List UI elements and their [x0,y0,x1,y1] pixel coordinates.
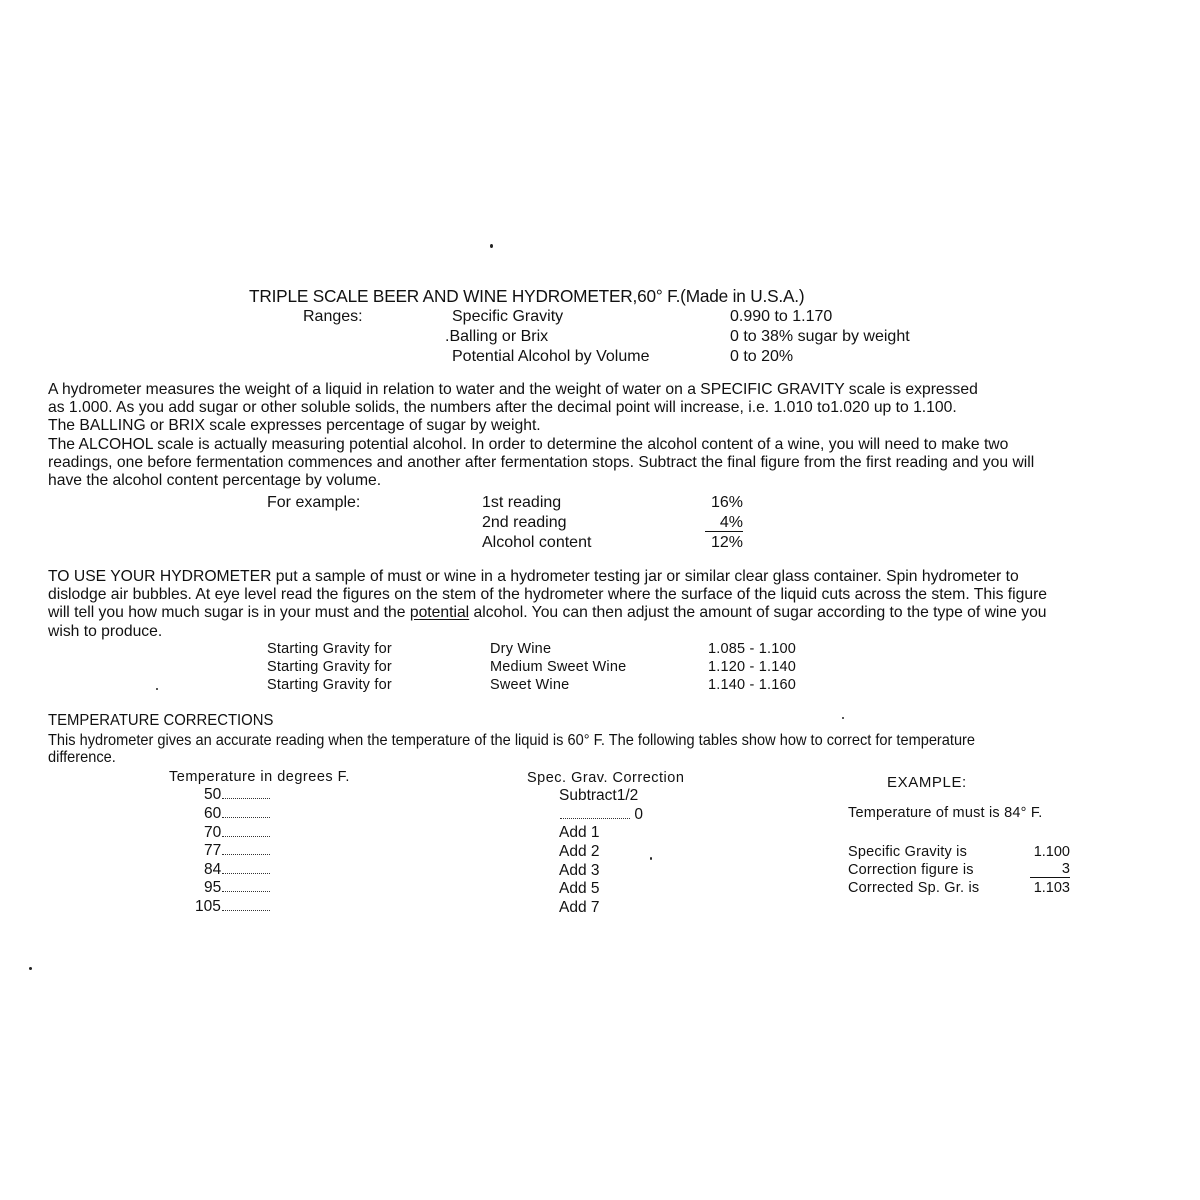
temperature-row: 77 [204,842,270,860]
scan-speck [842,717,844,719]
sg-label: Starting Gravity for [267,677,392,693]
example-value: 1.103 [1030,880,1070,896]
document-title: TRIPLE SCALE BEER AND WINE HYDROMETER,60… [249,286,804,307]
example-value: 1.100 [1030,844,1070,860]
temperature-row: 60 [204,805,270,823]
temperature-line: difference. [48,749,975,766]
intro-line: The ALCOHOL scale is actually measuring … [48,436,1158,454]
temperature-value: 60 [204,805,221,822]
gravity-range: 1.085 - 1.100 [708,641,796,657]
leader-dots [222,794,270,799]
example-label: Specific Gravity is [848,844,967,860]
potential-underlined: potential [410,604,469,621]
range-name: Specific Gravity [452,308,563,326]
scan-speck [650,857,652,860]
temperature-value: 95 [204,879,221,896]
sg-label: Starting Gravity for [267,641,392,657]
usage-line: wish to produce. [48,623,1158,641]
example-label: Corrected Sp. Gr. is [848,880,979,896]
usage-line: will tell you how much sugar is in your … [48,604,1158,622]
reading-value: 12% [705,534,743,552]
correction-value: Add 1 [559,824,600,842]
example-label: Correction figure is [848,862,974,878]
sg-label: Starting Gravity for [267,659,392,675]
temperature-row: 95 [204,879,270,897]
ranges-label: Ranges: [303,308,363,326]
leader-dots [222,869,270,874]
example-intro: Temperature of must is 84° F. [848,805,1043,821]
gravity-range: 1.120 - 1.140 [708,659,796,675]
usage-line: dislodge air bubbles. At eye level read … [48,586,1158,604]
reading-value: 16% [705,494,743,512]
alcohol-example-row: For example: 1st reading 16% [0,494,1200,514]
scan-speck [156,688,158,690]
alcohol-example-label: For example: [267,494,360,512]
reading-name: 2nd reading [482,514,567,532]
correction-column-header: Spec. Grav. Correction [527,770,684,786]
leader-dots [222,813,270,818]
usage-text: will tell you how much sugar is in your … [48,604,410,621]
leader-dots [222,887,270,892]
temperature-row: 84 [204,861,270,879]
alcohol-example-row: Alcohol content 12% [0,534,1200,554]
correction-value: Subtract1/2 [559,787,638,805]
temperature-heading: TEMPERATURE CORRECTIONS [48,712,273,730]
range-value: 0 to 38% sugar by weight [730,328,910,346]
temperature-line: This hydrometer gives an accurate readin… [48,732,975,749]
temperature-row: 105 [195,898,270,916]
gravity-range: 1.140 - 1.160 [708,677,796,693]
correction-value: Add 5 [559,880,600,898]
intro-line: A hydrometer measures the weight of a li… [48,381,1158,399]
alcohol-example-row: 2nd reading 4% [0,514,1200,534]
range-name: Potential Alcohol by Volume [452,348,649,366]
intro-paragraph: A hydrometer measures the weight of a li… [48,381,1158,490]
intro-line: as 1.000. As you add sugar or other solu… [48,399,1158,417]
intro-line: have the alcohol content percentage by v… [48,472,1158,490]
correction-row: 0 [559,806,643,824]
leader-dots [222,832,270,837]
temperature-value: 105 [195,898,221,915]
temperature-row: 50 [204,786,270,804]
reading-name: 1st reading [482,494,561,512]
wine-type: Medium Sweet Wine [490,659,626,675]
usage-paragraph: TO USE YOUR HYDROMETER put a sample of m… [48,568,1158,641]
wine-type: Dry Wine [490,641,551,657]
correction-value: Add 3 [559,862,600,880]
temperature-value: 77 [204,842,221,859]
temperature-value: 70 [204,824,221,841]
usage-line: TO USE YOUR HYDROMETER put a sample of m… [48,568,1158,586]
correction-value: 0 [634,806,643,823]
example-heading: EXAMPLE: [887,774,967,791]
scan-speck [29,967,32,970]
range-name: .Balling or Brix [445,328,548,346]
correction-value: Add 2 [559,843,600,861]
scan-speck [490,244,493,248]
reading-value: 4% [705,514,743,532]
intro-line: The BALLING or BRIX scale expresses perc… [48,417,1158,435]
temperature-paragraph: This hydrometer gives an accurate readin… [48,732,975,766]
temperature-value: 50 [204,786,221,803]
temperature-value: 84 [204,861,221,878]
leader-dots [222,850,270,855]
usage-text: alcohol. You can then adjust the amount … [469,604,1046,621]
leader-dots [222,906,270,911]
reading-name: Alcohol content [482,534,591,552]
range-value: 0.990 to 1.170 [730,308,832,326]
temperature-row: 70 [204,824,270,842]
example-value: 3 [1030,862,1070,878]
range-value: 0 to 20% [730,348,793,366]
wine-type: Sweet Wine [490,677,569,693]
leader-dots [560,814,630,819]
correction-value: Add 7 [559,899,600,917]
intro-line: readings, one before fermentation commen… [48,454,1158,472]
temperature-column-header: Temperature in degrees F. [169,769,350,785]
